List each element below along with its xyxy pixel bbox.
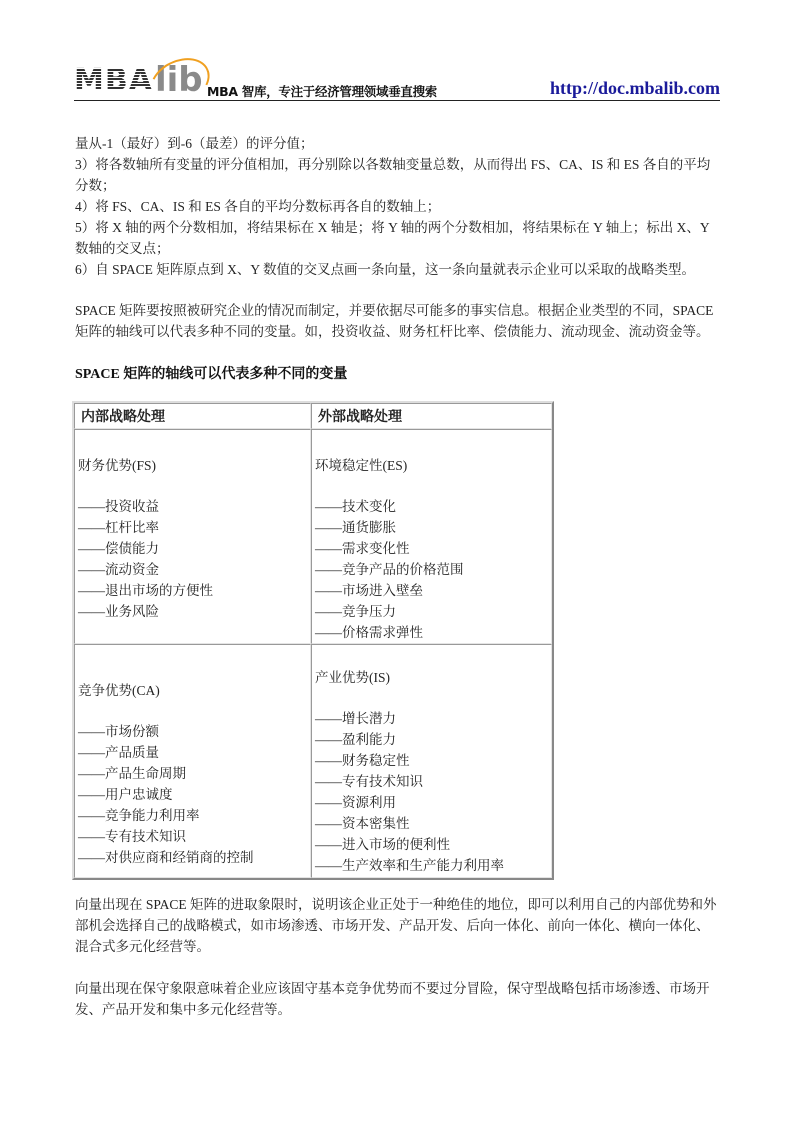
list-item: ——技术变化 (315, 496, 548, 517)
list-item: ——专有技术知识 (78, 826, 307, 847)
table-row-ca-is: 竞争优势(CA) ——市场份额 ——产品质量 ——产品生命周期 ——用户忠诚度 … (74, 644, 552, 878)
header-internal: 内部战略处理 (74, 403, 311, 429)
list-item: ——对供应商和经销商的控制 (78, 847, 307, 868)
list-item: ——生产效率和生产能力利用率 (315, 855, 548, 876)
list-item: ——竞争产品的价格范围 (315, 559, 548, 580)
is-title: 产业优势(IS) (315, 667, 548, 688)
intro-steps: 量从-1（最好）到-6（最差）的评分值； 3）将各数轴所有变量的评分值相加，再分… (75, 133, 720, 280)
list-item: ——财务稳定性 (315, 750, 548, 771)
list-item: ——资本密集性 (315, 813, 548, 834)
list-item: ——业务风险 (78, 601, 307, 622)
site-url-link[interactable]: http://doc.mbalib.com (550, 78, 720, 99)
list-item: ——投资收益 (78, 496, 307, 517)
cell-fs: 财务优势(FS) ——投资收益 ——杠杆比率 ——偿债能力 ——流动资金 ——退… (74, 429, 311, 644)
ca-title: 竞争优势(CA) (78, 680, 307, 701)
paragraph-axes-text: SPACE 矩阵要按照被研究企业的情况而制定，并要依据尽可能多的事实信息。根据企… (75, 300, 720, 342)
list-item: ——盈利能力 (315, 729, 548, 750)
list-item: ——专有技术知识 (315, 771, 548, 792)
list-item: ——退出市场的方便性 (78, 580, 307, 601)
list-item: ——价格需求弹性 (315, 622, 548, 643)
paragraph-axes: SPACE 矩阵要按照被研究企业的情况而制定，并要依据尽可能多的事实信息。根据企… (75, 300, 720, 342)
page-header: MBA lib MBA 智库，专注于经济管理领域垂直搜索 http://doc.… (74, 58, 720, 100)
header-divider (74, 100, 720, 101)
list-item: ——杠杆比率 (78, 517, 307, 538)
step-6: 6）自 SPACE 矩阵原点到 X、Y 数值的交叉点画一条向量，这一条向量就表示… (75, 259, 720, 280)
ca-list: ——市场份额 ——产品质量 ——产品生命周期 ——用户忠诚度 ——竞争能力利用率… (78, 721, 307, 868)
step-5: 5）将 X 轴的两个分数相加，将结果标在 X 轴是；将 Y 轴的两个分数相加，将… (75, 217, 720, 259)
space-variables-table: 内部战略处理 外部战略处理 财务优势(FS) ——投资收益 ——杠杆比率 ——偿… (72, 401, 554, 880)
header-tagline: MBA 智库，专注于经济管理领域垂直搜索 (207, 82, 437, 100)
paragraph-conservative-text: 向量出现在保守象限意味着企业应该固守基本竞争优势而不要过分冒险，保守型战略包括市… (75, 978, 720, 1020)
list-item: ——产品质量 (78, 742, 307, 763)
list-item: ——增长潜力 (315, 708, 548, 729)
step-4: 4）将 FS、CA、IS 和 ES 各自的平均分数标再各自的数轴上； (75, 196, 720, 217)
paragraph-aggressive: 向量出现在 SPACE 矩阵的进取象限时，说明该企业正处于一种绝佳的地位，即可以… (75, 894, 720, 957)
step-3: 3）将各数轴所有变量的评分值相加，再分别除以各数轴变量总数，从而得出 FS、CA… (75, 154, 720, 196)
list-item: ——竞争能力利用率 (78, 805, 307, 826)
fs-title: 财务优势(FS) (78, 455, 307, 476)
table-title: SPACE 矩阵的轴线可以代表多种不同的变量 (75, 363, 347, 383)
mbalib-logo[interactable]: MBA lib (74, 60, 203, 96)
step-text: 量从-1（最好）到-6（最差）的评分值； (75, 133, 720, 154)
list-item: ——通货膨胀 (315, 517, 548, 538)
list-item: ——进入市场的便利性 (315, 834, 548, 855)
list-item: ——竞争压力 (315, 601, 548, 622)
list-item: ——市场份额 (78, 721, 307, 742)
list-item: ——产品生命周期 (78, 763, 307, 784)
list-item: ——流动资金 (78, 559, 307, 580)
list-item: ——市场进入壁垒 (315, 580, 548, 601)
list-item: ——需求变化性 (315, 538, 548, 559)
header-external: 外部战略处理 (311, 403, 552, 429)
paragraph-conservative: 向量出现在保守象限意味着企业应该固守基本竞争优势而不要过分冒险，保守型战略包括市… (75, 978, 720, 1020)
cell-is: 产业优势(IS) ——增长潜力 ——盈利能力 ——财务稳定性 ——专有技术知识 … (311, 644, 552, 878)
logo-mba-text: MBA (74, 66, 153, 96)
table-row-fs-es: 财务优势(FS) ——投资收益 ——杠杆比率 ——偿债能力 ——流动资金 ——退… (74, 429, 552, 644)
list-item: ——偿债能力 (78, 538, 307, 559)
fs-list: ——投资收益 ——杠杆比率 ——偿债能力 ——流动资金 ——退出市场的方便性 —… (78, 496, 307, 622)
logo-lib-text: lib (155, 64, 203, 96)
cell-ca: 竞争优势(CA) ——市场份额 ——产品质量 ——产品生命周期 ——用户忠诚度 … (74, 644, 311, 878)
es-list: ——技术变化 ——通货膨胀 ——需求变化性 ——竞争产品的价格范围 ——市场进入… (315, 496, 548, 643)
is-list: ——增长潜力 ——盈利能力 ——财务稳定性 ——专有技术知识 ——资源利用 ——… (315, 708, 548, 876)
cell-es: 环境稳定性(ES) ——技术变化 ——通货膨胀 ——需求变化性 ——竞争产品的价… (311, 429, 552, 644)
list-item: ——资源利用 (315, 792, 548, 813)
paragraph-aggressive-text: 向量出现在 SPACE 矩阵的进取象限时，说明该企业正处于一种绝佳的地位，即可以… (75, 894, 720, 957)
table-header-row: 内部战略处理 外部战略处理 (74, 403, 552, 429)
list-item: ——用户忠诚度 (78, 784, 307, 805)
es-title: 环境稳定性(ES) (315, 455, 548, 476)
